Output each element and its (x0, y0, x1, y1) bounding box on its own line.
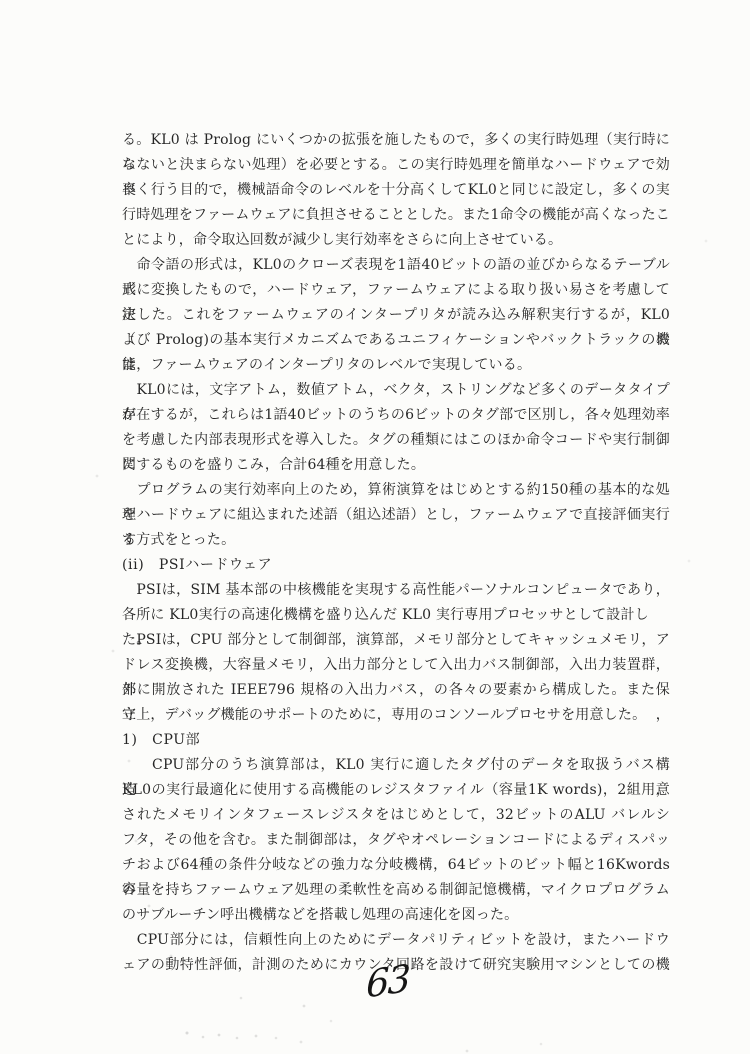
text-line: プログラムの実行効率向上のため，算術演算をはじめとする約150種の基本的な処理 (122, 478, 670, 503)
text-line: 容量を持ちファームウェア処理の柔軟性を高める制御記憶機構，マイクロプログラム (122, 878, 670, 903)
text-line: 式に変換したもので，ハードウェア，ファームウェアによる取り扱い易さを考慮して決 (122, 278, 670, 303)
text-line: 命令語の形式は，KL0のクローズ表現を1語40ビットの語の並びからなるテーブル形 (122, 253, 670, 278)
text-column: る。KL0 は Prolog にいくつかの拡張を施したもので，多くの実行時処理（… (122, 128, 670, 978)
text-line: ドレス変換機，大容量メモリ，入出力部分として入出力バス制御部，入出力装置群，外 (122, 653, 670, 678)
text-line: を考慮した内部表現形式を導入した。タグの種類にはこのほか命令コードや実行制御に (122, 428, 670, 453)
text-line: る方式をとった。 (122, 528, 670, 553)
text-line: 存在するが，これらは1語40ビットのうちの6ビットのタグ部で区別し，各々処理効率 (122, 403, 670, 428)
section-heading: 1) CPU部 (122, 728, 670, 753)
text-line: フタ，その他を含む。また制御部は，タグやオペレーションコードによるディスパッ (122, 828, 670, 853)
text-line: は，ファームウェアのインタープリタのレベルで実現している。 (122, 353, 670, 378)
scanned-document-page: る。KL0 は Prolog にいくつかの拡張を施したもので，多くの実行時処理（… (0, 0, 750, 1054)
text-line: CPU部分のうち演算部は，KL0 実行に適したタグ付のデータを取扱うバス構造， (122, 753, 670, 778)
text-line: 各所に KL0実行の高速化機構を盛り込んだ KL0 実行専用プロセッサとして設計… (122, 603, 670, 628)
text-line: とにより，命令取込回数が減少し実行効率をさらに向上させている。 (122, 228, 670, 253)
text-line: 部に開放された IEEE796 規格の入出力バス，の各々の要素から構成した。また… (122, 678, 670, 703)
text-line: る。KL0 は Prolog にいくつかの拡張を施したもので，多くの実行時処理（… (122, 128, 670, 153)
section-heading: (ii) PSIハードウェア (122, 553, 670, 578)
text-line: 行時処理をファームウェアに負担させることとした。また1命令の機能が高くなったこ (122, 203, 670, 228)
scan-speckles (0, 0, 2, 2)
text-line: PSIは，SIM 基本部の中核機能を実現する高性能パーソナルコンピュータであり， (122, 578, 670, 603)
text-line: をハードウェアに組込まれた述語（組込述語）とし，ファームウェアで直接評価実行す (122, 503, 670, 528)
handwritten-page-number: 63 (366, 956, 409, 1006)
text-line: されたメモリインタフェースレジスタをはじめとして，32ビットのALU バレルシ (122, 803, 670, 828)
text-line: CPU部分には，信頼性向上のためにデータパリティビットを設け，またハードウ (122, 928, 670, 953)
text-line: 良く行う目的で，機械語命令のレベルを十分高くしてKL0と同じに設定し，多くの実 (122, 178, 670, 203)
text-line: 立上，デバッグ機能のサポートのために，専用のコンソールプロセサを用意した。 (122, 703, 670, 728)
text-line: チおよび64種の条件分岐などの強力な分岐機構，64ビットのビット幅と16Kwor… (122, 853, 670, 878)
text-line: らないと決まらない処理）を必要とする。この実行時処理を簡単なハードウェアで効率 (122, 153, 670, 178)
text-line: KL0の実行最適化に使用する高機能のレジスタファイル（容量1K words)，2… (122, 778, 670, 803)
text-line: KL0には，文字アトム，数値アトム，ベクタ，ストリングなど多くのデータタイプが (122, 378, 670, 403)
text-line: 定した。これをファームウェアのインタープリタが読み込み解釈実行するが，KL0（お (122, 303, 670, 328)
text-line: PSIは，CPU 部分として制御部，演算部，メモリ部分としてキャッシュメモリ，ア (122, 628, 670, 653)
text-line: 関するものを盛りこみ，合計64種を用意した。 (122, 453, 670, 478)
text-line: よび Prolog)の基本実行メカニズムであるユニフィケーションやバックトラック… (122, 328, 670, 353)
text-line: のサブルーチン呼出機構などを搭載し処理の高速化を図った。 (122, 903, 670, 928)
